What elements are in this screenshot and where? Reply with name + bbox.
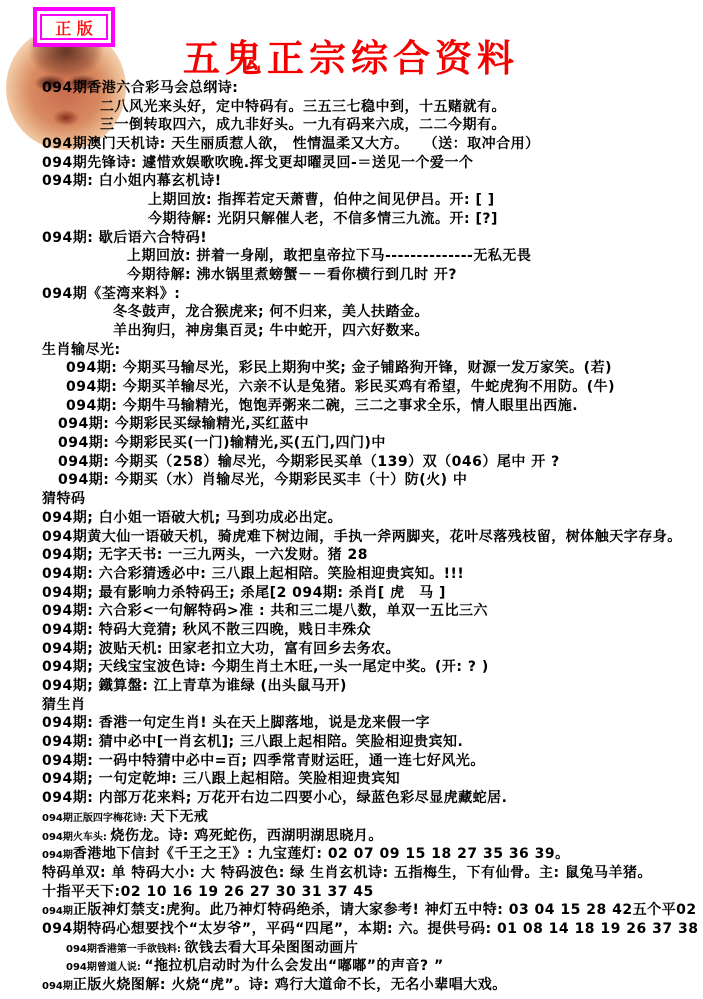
line-text: 094期: 六合彩猜透必中: 三八跟上起相陪。笑脸相迎贵宾知。!!! (42, 566, 464, 582)
text-line: 094期: 今期买（258）输尽光，今期彩民买单（139）双（046）尾中 开 … (0, 453, 703, 472)
text-line: 094期; 无字天书: 一三九两头，一六发财。猪 28 (0, 546, 703, 565)
text-line: 094期: 今期牛马输精光，饱饱弄粥来二碗，三二之事求全乐，情人眼里出西施. (0, 397, 703, 416)
text-line: 094期火车头: 烧伤龙。诗: 鸡死蛇伤，西湖明湖思晓月。 (0, 827, 703, 846)
text-line: 094期: 香港一句定生肖! 头在天上脚落地，说是龙来假一字 (0, 714, 703, 733)
line-text: 094期先锋诗: 遽惜欢娱歌吹晚.挥戈更却曜灵回-＝送见一个爱一个 (42, 155, 473, 171)
line-text: 094期《荃湾来料》: (42, 286, 180, 302)
text-line: 猜特码 (0, 490, 703, 509)
text-line: 今期待解: 光阴只解催人老，不信多情三九流。开: [?] (0, 210, 703, 229)
text-line: 094期正版四字梅花诗: 天下无戒 (0, 808, 703, 827)
text-line: 094期: 六合彩<一句解特码>准 : 共和三二堤八数，单双一五比三六 (0, 602, 703, 621)
text-line: 094期黄大仙一语破天机，骑虎难下树边闹，手执一斧两脚夹，花叶尽落残枝留，树体触… (0, 528, 703, 547)
line-text: 094期: 猜中必中[一肖玄机]; 三八跟上起相陪。笑脸相迎贵宾知. (42, 734, 463, 750)
line-text: 094期: 今期买（水）肖输尽光，今期彩民买丰（十）防(火) 中 (58, 472, 467, 488)
line-text: 094期; 无字天书: 一三九两头，一六发财。猪 28 (42, 547, 368, 563)
text-line: 二八风光来头好，定中特码有。三五三七稳中到，十五赌就有。 (0, 98, 703, 117)
page-title: 五鬼正宗综合资料 (183, 28, 519, 82)
line-text: 094期: 六合彩<一句解特码>准 : 共和三二堤八数，单双一五比三六 (42, 603, 488, 619)
line-text: 冬冬鼓声，龙合猴虎来; 何不归来，美人扶踏金。 (113, 304, 429, 320)
line-text: 香港地下信封《千王之王》: 九宝莲灯: 02 07 09 15 18 27 35… (73, 846, 570, 862)
line-prefix: 094期 (42, 981, 73, 992)
line-text: 特码单双: 单 特码大小: 大 特码波色: 绿 生肖玄机诗: 五指梅生，下有仙骨… (42, 865, 652, 881)
line-text: 欲钱去看大耳朵图图动画片 (184, 940, 358, 956)
line-text: 094期澳门天机诗: 天生丽质惹人欲， 性情温柔又大方。 （送：取冲合用） (42, 136, 540, 152)
text-line: 094期正版火烧图解: 火烧“虎”。诗: 鸡行大道命不长，无名小辈唱大戏。 (0, 976, 703, 995)
line-text: 094期; 天线宝宝波色诗: 今期生肖土木旺,一头一尾定中奖。(开: ? ) (42, 659, 489, 675)
text-line: 羊出狗归，神房集百灵; 牛中蛇开，四六好数来。 (0, 322, 703, 341)
line-text: 094期: 今期买羊输尽光，六亲不认是兔猪。彩民买鸡有希望，牛蛇虎狗不用防。(牛… (66, 379, 615, 395)
page: 正 版 五鬼正宗综合资料 094期香港六合彩马会总纲诗:二八风光来头好，定中特码… (0, 0, 703, 999)
line-prefix: 094期 (42, 906, 73, 917)
line-text: 正版火烧图解: 火烧“虎”。诗: 鸡行大道命不长，无名小辈唱大戏。 (73, 977, 507, 993)
line-text: 094期: 今期买（258）输尽光，今期彩民买单（139）双（046）尾中 开 … (58, 454, 560, 470)
text-line: 094期: 猜中必中[一肖玄机]; 三八跟上起相陪。笑脸相迎贵宾知. (0, 733, 703, 752)
line-text: 上期回放: 拼着一身剐，敢把皇帝拉下马--------------无私无畏 (127, 248, 531, 264)
line-text: 094期: 内部万花来料; 万花开右边二四要小心，绿蓝色彩尽显虎藏蛇居. (42, 790, 508, 806)
line-text: 094期; 波贴天机: 田家老扣立大功，富有回乡去务农。 (42, 641, 400, 657)
line-text: 094期: 今期牛马输精光，饱饱弄粥来二碗，三二之事求全乐，情人眼里出西施. (66, 398, 578, 414)
text-line: 094期: 内部万花来料; 万花开右边二四要小心，绿蓝色彩尽显虎藏蛇居. (0, 789, 703, 808)
line-text: 094期: 特码大竞猜; 秋风不散三四晚，贱日丰殊众 (42, 622, 371, 638)
text-line: 冬冬鼓声，龙合猴虎来; 何不归来，美人扶踏金。 (0, 303, 703, 322)
text-line: 094期: 今期彩民买绿输精光,买红蓝中 (0, 415, 703, 434)
text-line: 三一倒转取四六，成九非好头。一九有码来六成，二二今期有。 (0, 116, 703, 135)
text-line: 094期: 一码中特猜中必中=百; 四季常青财运旺，通一连七好风光。 (0, 752, 703, 771)
line-text: 094期: 今期买马输尽光，彩民上期狗中奖; 金子铺路狗开锋，财源一发万家笑。(… (66, 360, 612, 376)
line-prefix: 094期火车头: (42, 832, 110, 843)
text-line: 094期: 今期买（水）肖输尽光，今期彩民买丰（十）防(火) 中 (0, 471, 703, 490)
line-text: 二八风光来头好，定中特码有。三五三七稳中到，十五赌就有。 (100, 99, 506, 115)
line-text: 上期回放: 指挥若定天萧曹，伯仲之间见伊吕。开: [ ] (148, 192, 495, 208)
line-text: 094期: 一码中特猜中必中=百; 四季常青财运旺，通一连七好风光。 (42, 753, 485, 769)
text-line: 094期香港第一手欲钱料: 欲钱去看大耳朵图图动画片 (0, 939, 703, 958)
text-line: 生肖输尽光: (0, 341, 703, 360)
line-text: 094期; 一句定乾坤: 三八跟上起相陪。笑脸相迎贵宾知 (42, 771, 400, 787)
text-line: 094期; 波贴天机: 田家老扣立大功，富有回乡去务农。 (0, 640, 703, 659)
text-line: 094期: 白小姐内幕玄机诗! (0, 172, 703, 191)
text-line: 094期; 最有影响力杀特码王; 杀尾[2 094期: 杀肖[ 虎 马 ] (0, 584, 703, 603)
line-text: 生肖输尽光: (42, 342, 121, 358)
line-text: 天下无戒 (150, 809, 208, 825)
line-text: 094期: 今期彩民买绿输精光,买红蓝中 (58, 416, 309, 432)
content-lines: 094期香港六合彩马会总纲诗:二八风光来头好，定中特码有。三五三七稳中到，十五赌… (0, 79, 703, 995)
line-text: 094期香港六合彩马会总纲诗: (42, 80, 238, 96)
line-text: “拖拉机启动时为什么会发出“嘟嘟”的声音? ” (144, 958, 443, 974)
line-text: 今期待解: 光阴只解催人老，不信多情三九流。开: [?] (148, 211, 498, 227)
text-line: 十指平天下:02 10 16 19 26 27 30 31 37 45 (0, 883, 703, 902)
text-line: 094期: 今期买羊输尽光，六亲不认是兔猪。彩民买鸡有希望，牛蛇虎狗不用防。(牛… (0, 378, 703, 397)
line-text: 094期黄大仙一语破天机，骑虎难下树边闹，手执一斧两脚夹，花叶尽落残枝留，树体触… (42, 529, 682, 545)
authentic-badge-label: 正 版 (55, 16, 93, 39)
authentic-badge: 正 版 (33, 7, 115, 47)
text-line: 094期曾道人说: “拖拉机启动时为什么会发出“嘟嘟”的声音? ” (0, 957, 703, 976)
line-prefix: 094期 (42, 850, 73, 861)
line-text: 正版神灯禁支:虎狗。此乃神灯特码绝杀，请大家参考! 神灯五中特: 03 04 1… (73, 902, 703, 918)
text-line: 094期: 今期彩民买(一门)输精光,买(五门,四门)中 (0, 434, 703, 453)
text-line: 094期: 歇后语六合特码! (0, 229, 703, 248)
line-prefix: 094期正版四字梅花诗: (42, 813, 150, 824)
text-line: 094期香港地下信封《千王之王》: 九宝莲灯: 02 07 09 15 18 2… (0, 845, 703, 864)
line-text: 094期; 鐵算盤: 江上青草为谁绿 (出头鼠马开) (42, 678, 347, 694)
line-text: 羊出狗归，神房集百灵; 牛中蛇开，四六好数来。 (113, 323, 429, 339)
text-line: 094期《荃湾来料》: (0, 285, 703, 304)
line-text: 猜特码 (42, 491, 86, 507)
line-text: 十指平天下:02 10 16 19 26 27 30 31 37 45 (42, 884, 374, 900)
text-line: 上期回放: 指挥若定天萧曹，伯仲之间见伊吕。开: [ ] (0, 191, 703, 210)
text-line: 094期特码心想要找个“太岁爷”，平码“四尾”，本期: 六。提供号码: 01 0… (0, 920, 703, 939)
text-line: 094期澳门天机诗: 天生丽质惹人欲， 性情温柔又大方。 （送：取冲合用） (0, 135, 703, 154)
line-text: 今期待解: 沸水锅里煮螃蟹－－看你横行到几时 开? (127, 267, 457, 283)
line-text: 094期: 今期彩民买(一门)输精光,买(五门,四门)中 (58, 435, 386, 451)
text-line: 094期: 特码大竞猜; 秋风不散三四晚，贱日丰殊众 (0, 621, 703, 640)
text-line: 094期: 六合彩猜透必中: 三八跟上起相陪。笑脸相迎贵宾知。!!! (0, 565, 703, 584)
line-text: 094期: 白小姐内幕玄机诗! (42, 173, 222, 189)
text-line: 094期先锋诗: 遽惜欢娱歌吹晚.挥戈更却曜灵回-＝送见一个爱一个 (0, 154, 703, 173)
line-text: 烧伤龙。诗: 鸡死蛇伤，西湖明湖思晓月。 (110, 828, 382, 844)
text-line: 094期; 天线宝宝波色诗: 今期生肖土木旺,一头一尾定中奖。(开: ? ) (0, 658, 703, 677)
text-line: 094期: 今期买马输尽光，彩民上期狗中奖; 金子铺路狗开锋，财源一发万家笑。(… (0, 359, 703, 378)
text-line: 上期回放: 拼着一身剐，敢把皇帝拉下马--------------无私无畏 (0, 247, 703, 266)
text-line: 094期; 白小姐一语破大机; 马到功成必出定。 (0, 509, 703, 528)
line-text: 094期: 歇后语六合特码! (42, 230, 207, 246)
text-line: 猜生肖 (0, 696, 703, 715)
text-line: 094期; 鐵算盤: 江上青草为谁绿 (出头鼠马开) (0, 677, 703, 696)
line-prefix: 094期香港第一手欲钱料: (66, 944, 184, 955)
line-text: 三一倒转取四六，成九非好头。一九有码来六成，二二今期有。 (100, 117, 506, 133)
text-line: 今期待解: 沸水锅里煮螃蟹－－看你横行到几时 开? (0, 266, 703, 285)
line-text: 094期; 白小姐一语破大机; 马到功成必出定。 (42, 510, 342, 526)
line-text: 094期特码心想要找个“太岁爷”，平码“四尾”，本期: 六。提供号码: 01 0… (42, 921, 703, 937)
line-text: 094期; 最有影响力杀特码王; 杀尾[2 094期: 杀肖[ 虎 马 ] (42, 585, 446, 601)
line-prefix: 094期曾道人说: (66, 962, 144, 973)
line-text: 猜生肖 (42, 697, 86, 713)
text-line: 特码单双: 单 特码大小: 大 特码波色: 绿 生肖玄机诗: 五指梅生，下有仙骨… (0, 864, 703, 883)
text-line: 094期; 一句定乾坤: 三八跟上起相陪。笑脸相迎贵宾知 (0, 770, 703, 789)
text-line: 094期香港六合彩马会总纲诗: (0, 79, 703, 98)
text-line: 094期正版神灯禁支:虎狗。此乃神灯特码绝杀，请大家参考! 神灯五中特: 03 … (0, 901, 703, 920)
line-text: 094期: 香港一句定生肖! 头在天上脚落地，说是龙来假一字 (42, 715, 430, 731)
